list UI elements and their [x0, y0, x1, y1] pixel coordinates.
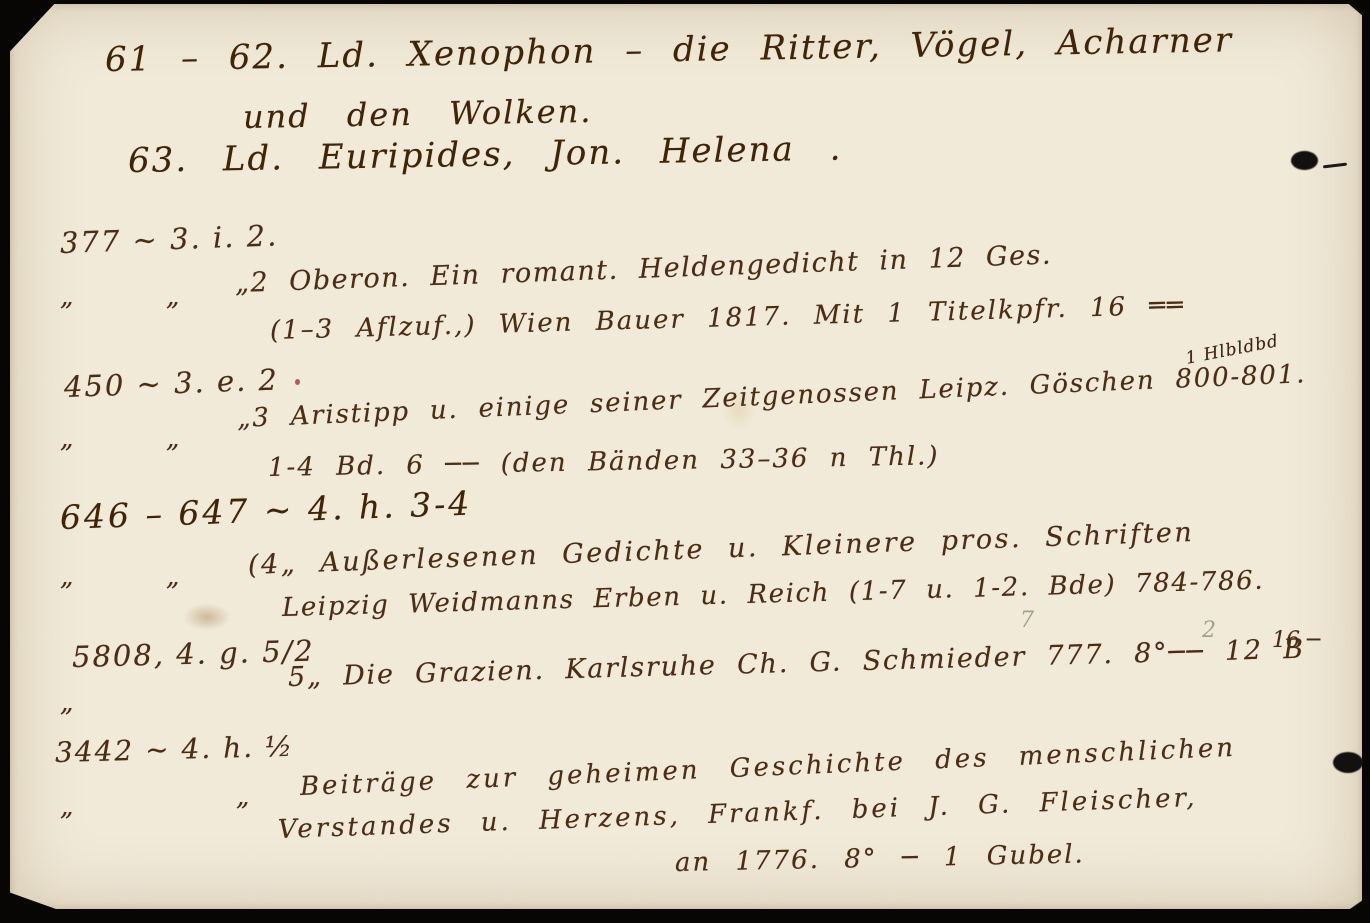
paper-stain-small-red — [295, 379, 300, 385]
ditto-mark: „ — [166, 282, 179, 312]
ditto-mark: „ — [60, 688, 73, 718]
ditto-mark: „ — [60, 282, 73, 312]
heading-line: und den Wolken. — [243, 92, 593, 136]
paper-stain — [183, 603, 231, 631]
ink-blot-right-bottom — [1333, 752, 1363, 773]
ink-blot-right-top — [1291, 151, 1318, 170]
pencil-annotation: 7 — [1020, 608, 1034, 633]
scanned-manuscript-photo: { "document": { "type": "handwritten cat… — [0, 0, 1370, 923]
catalog-number: 3442 ∼ 4. h. ½ — [55, 730, 295, 769]
ditto-mark: „ — [60, 792, 73, 822]
ditto-mark: „ — [166, 562, 179, 592]
ditto-mark: „ — [166, 424, 179, 454]
ditto-mark: „ — [60, 562, 73, 592]
ditto-mark: „ — [60, 424, 73, 454]
catalog-number: 5808, 4. g. 5/2 — [72, 634, 316, 674]
ditto-mark: „ — [236, 782, 249, 812]
